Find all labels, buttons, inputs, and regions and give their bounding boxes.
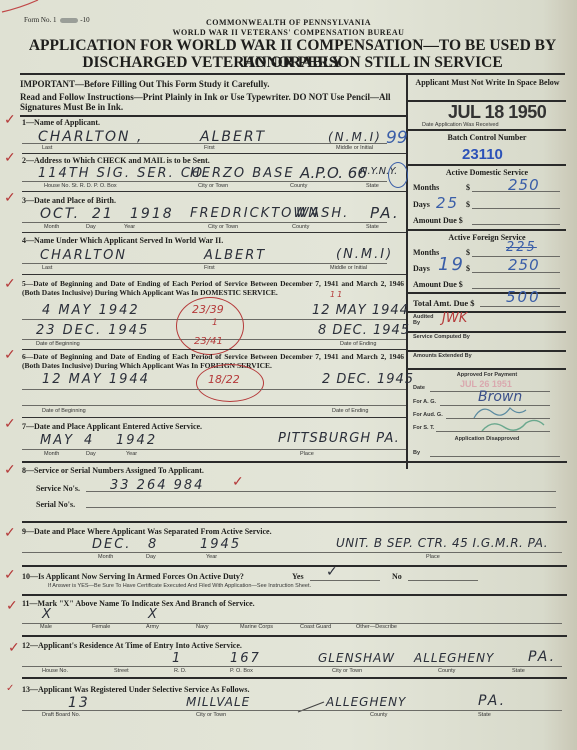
s5-sub-begin: Date of Beginning (36, 341, 80, 347)
s9-place[interactable]: UNIT. B SEP. CTR. 45 I.G.M.R. PA. (336, 536, 548, 550)
s5-end-1-correction: 11 (330, 290, 344, 299)
check-mark-icon: ✓ (6, 598, 18, 615)
foreign-months-label: Months (413, 248, 439, 257)
divider (22, 521, 567, 523)
s3-sub-city: City or Town (208, 224, 238, 230)
for-aud-label: For Aud. G. (413, 412, 443, 418)
s11-option[interactable]: XArmy (146, 607, 159, 630)
divider (408, 292, 566, 294)
s3-county[interactable]: WASH. (296, 206, 349, 221)
check-mark-icon: ✓ (4, 150, 16, 167)
s1-sub-last: Last (42, 145, 52, 151)
s11-option-mark[interactable] (92, 607, 110, 623)
s3-sub-state: State (366, 224, 379, 230)
s11-option-label: Male (40, 624, 53, 630)
form-title-line2: DISCHARGED VETERAN OR PERSON STILL IN SE… (20, 54, 565, 71)
s7-sub-month: Month (44, 451, 59, 457)
s10-no-checkbox[interactable] (408, 580, 478, 581)
s2-street[interactable]: 114TH SIG. SER. CO. (38, 166, 210, 181)
serial-no-label: Serial No's. (36, 500, 75, 509)
for-st-line (436, 431, 550, 432)
dollar-sign: $ (466, 264, 470, 273)
s3-day[interactable]: 21 (92, 206, 114, 222)
red-pencil-mark-icon (0, 0, 50, 16)
check-mark-icon: ✓ (232, 474, 244, 491)
s11-option-label: Navy (196, 624, 209, 630)
divider (408, 311, 566, 313)
s8-label: 8—Service or Serial Numbers Assigned To … (22, 466, 204, 475)
s12-city[interactable]: GLENSHAW (318, 651, 395, 665)
s7-sub-place: Place (300, 451, 314, 457)
s13-county[interactable]: ALLEGHENY (326, 695, 406, 709)
total-amount-value: 500 (506, 288, 541, 306)
s1-underline (22, 143, 387, 144)
approved-date-stamp: JUL 26 1951 (460, 379, 512, 389)
domestic-days-line (472, 208, 560, 209)
s9-label: 9—Date and Place Where Applicant Was Sep… (22, 527, 272, 536)
s13-sub-city: City or Town (196, 712, 226, 718)
s11-option-mark[interactable]: X (146, 607, 159, 623)
disapproved-by-label: By (413, 450, 420, 456)
divider (22, 417, 406, 418)
s9-month[interactable]: DEC. (92, 537, 131, 552)
domestic-months-label: Months (413, 183, 439, 192)
instructions-text: Read and Follow Instructions—Print Plain… (20, 92, 402, 112)
s5-circle-bottom: 23/41 (194, 336, 223, 347)
s5-end-1[interactable]: 12 MAY 1944 (312, 303, 409, 318)
s10-no-label: No (392, 572, 402, 581)
foreign-amount-label: Amount Due $ (413, 280, 463, 289)
divider (408, 331, 566, 333)
commonwealth-header: COMMONWEALTH OF PENNSYLVANIA (0, 18, 577, 27)
divider (408, 229, 566, 231)
s10-note: If Answer is YES—Be Sure To Have Certifi… (48, 583, 311, 589)
divider (408, 368, 566, 370)
s3-year[interactable]: 1918 (130, 206, 174, 222)
s5-sub-end: Date of Ending (340, 341, 376, 347)
divider (408, 350, 566, 352)
s12-state[interactable]: PA. (528, 649, 556, 665)
domestic-days-value: 25 (436, 194, 459, 212)
s12-sub-house: House No. (42, 668, 68, 674)
divider (22, 677, 567, 679)
computed-by-label: Service Computed By (413, 334, 473, 340)
s11-option[interactable]: Coast Guard (300, 607, 331, 630)
s4-last-name[interactable]: CHARLTON (40, 248, 127, 263)
audited-by-label: Audited By (413, 314, 439, 326)
approved-date-label: Date (413, 385, 425, 391)
s6-end-1[interactable]: 2 DEC. 1945 (322, 372, 414, 387)
s7-month[interactable]: MAY (40, 433, 74, 448)
s9-sub-place: Place (426, 554, 440, 560)
domestic-months-amount: 250 (508, 176, 540, 194)
s11-option-label: Coast Guard (300, 624, 331, 630)
s9-sub-day: Day (146, 554, 156, 560)
s13-label: 13—Applicant Was Registered Under Select… (22, 685, 250, 694)
s2-county[interactable]: A.P.O. 66 (300, 164, 367, 182)
divider (22, 274, 406, 275)
check-mark-icon: ✓ (4, 567, 16, 584)
disapproved-heading: Application Disapproved (408, 436, 566, 442)
s13-sub-state: State (478, 712, 491, 718)
domestic-amount-label: Amount Due $ (413, 216, 463, 225)
divider (408, 129, 566, 131)
s1-label: 1—Name of Applicant. (22, 118, 100, 127)
divider (22, 232, 406, 233)
important-note: IMPORTANT—Before Filling Out This Form S… (20, 79, 270, 89)
approved-heading: Approved For Payment (408, 372, 566, 378)
s11-option-mark[interactable] (356, 607, 397, 623)
divider (408, 164, 566, 166)
s11-option-label: Marine Corps (240, 624, 273, 630)
s12-label: 12—Applicant's Residence At Time of Entr… (22, 641, 242, 650)
divider (22, 594, 567, 596)
s4-first-name[interactable]: ALBERT (204, 248, 266, 263)
s11-option-label: Other—Describe (356, 624, 397, 630)
date-received-label: Date Application Was Received (422, 122, 499, 128)
state-circle-mark (388, 162, 408, 188)
s13-state[interactable]: PA. (478, 693, 506, 709)
check-mark-icon: ✓ (6, 683, 14, 694)
s11-label: 11—Mark "X" Above Name To Indicate Sex A… (22, 599, 255, 608)
s13-underline (22, 710, 562, 711)
s7-place[interactable]: PITTSBURGH PA. (278, 431, 400, 446)
total-amount-label: Total Amt. Due $ (413, 298, 475, 308)
date-received-stamp: JUL 18 1950 (448, 102, 546, 123)
s2-sub-street: House No. St. R. D. P. O. Box (44, 183, 117, 189)
s5-circle-mid: 1 (212, 318, 218, 328)
s12-rd[interactable]: 1 (172, 651, 182, 666)
s9-sub-month: Month (98, 554, 113, 560)
divider (22, 349, 406, 350)
s11-option[interactable]: Marine Corps (240, 607, 273, 630)
s7-day[interactable]: 4 (84, 433, 94, 448)
check-mark-icon: ✓ (4, 112, 16, 129)
application-form: Form No. 1 -10 COMMONWEALTH OF PENNSYLVA… (0, 0, 577, 750)
s4-label: 4—Name Under Which Applicant Served In W… (22, 236, 223, 245)
s2-sub-state: State (366, 183, 379, 189)
service-no-underline (86, 491, 556, 492)
s6-begin-1[interactable]: 12 MAY 1944 (42, 372, 150, 387)
s5-begin-1[interactable]: 4 MAY 1942 (42, 303, 140, 318)
domestic-days-label: Days (413, 200, 430, 209)
batch-control-label: Batch Control Number (408, 133, 566, 142)
s11-option[interactable]: Female (92, 607, 110, 630)
s9-year[interactable]: 1945 (200, 537, 241, 552)
disapproved-by-line (430, 456, 560, 457)
service-no-label: Service No's. (36, 484, 80, 493)
divider (22, 635, 567, 637)
divider (20, 73, 565, 75)
s1-margin-note: 99 (386, 128, 408, 148)
s13-sub-county: County (370, 712, 387, 718)
s7-label: 7—Date and Place Applicant Entered Activ… (22, 422, 202, 431)
dollar-sign: $ (466, 183, 470, 192)
s9-day[interactable]: 8 (148, 537, 158, 552)
s12-sub-rd: R. D. (174, 668, 187, 674)
divider (22, 191, 406, 192)
arrow-mark-icon (296, 700, 326, 714)
s4-sub-middle: Middle or Initial (330, 265, 367, 271)
domestic-heading: Active Domestic Service (408, 168, 566, 177)
s3-sub-year: Year (124, 224, 135, 230)
s4-middle-name[interactable]: (N.M.I) (336, 247, 393, 262)
foreign-days-amount: 250 (508, 256, 540, 274)
divider (22, 153, 406, 154)
s11-option-mark[interactable] (300, 607, 331, 623)
s11-option[interactable]: Other—Describe (356, 607, 397, 630)
s5-begin-2[interactable]: 23 DEC. 1945 (36, 323, 149, 338)
s12-sub-pobox: P. O. Box (230, 668, 253, 674)
dollar-sign: $ (466, 248, 470, 257)
s7-year[interactable]: 1942 (116, 433, 157, 448)
check-mark-icon: ✓ (4, 416, 16, 433)
s4-underline (22, 263, 387, 264)
s6-sub-end: Date of Ending (332, 408, 368, 414)
s4-sub-last: Last (42, 265, 52, 271)
batch-control-value: 23110 (462, 146, 503, 163)
bureau-header: WORLD WAR II VETERANS' COMPENSATION BURE… (0, 28, 577, 37)
s13-board[interactable]: 13 (68, 695, 90, 711)
s10-yes-checkbox[interactable]: ✓ (326, 564, 340, 580)
s5-label: 5—Date of Beginning and Date of Ending o… (22, 279, 404, 297)
check-mark-icon: ✓ (4, 462, 16, 479)
s12-sub-street: Street (114, 668, 129, 674)
s9-underline (22, 552, 562, 553)
s11-option[interactable]: Navy (196, 607, 209, 630)
office-use-heading: Applicant Must Not Write In Space Below (410, 78, 565, 87)
s11-option-label: Female (92, 624, 110, 630)
s9-sub-year: Year (206, 554, 217, 560)
for-st-label: For S. T. (413, 425, 434, 431)
s1-sub-middle: Middle or Initial (336, 145, 373, 151)
divider (22, 461, 567, 463)
s6-circle-value: 18/22 (208, 373, 240, 386)
s1-sub-first: First (204, 145, 215, 151)
s11-option-label: Army (146, 624, 159, 630)
s2-city[interactable]: HERZO BASE (190, 166, 295, 181)
s2-underline (22, 181, 387, 182)
s3-underline (22, 222, 387, 223)
s3-state[interactable]: PA. (370, 204, 400, 222)
s1-middle-name[interactable]: (N.M.I) (328, 130, 382, 144)
s3-month[interactable]: OCT. (40, 206, 80, 222)
s10-yes-label: Yes (292, 572, 304, 581)
s3-sub-day: Day (86, 224, 96, 230)
s2-sub-county: County (290, 183, 307, 189)
total-amount-line (480, 306, 560, 307)
check-mark-icon: ✓ (4, 525, 16, 542)
s11-option-mark[interactable] (196, 607, 209, 623)
s5-end-2[interactable]: 8 DEC. 1945 (318, 323, 410, 338)
s3-sub-county: County (292, 224, 309, 230)
s12-sub-county: County (438, 668, 455, 674)
s13-sub-board: Draft Board No. (42, 712, 80, 718)
audited-by-initials: JWK (442, 311, 467, 326)
for-ag-label: For A. G. (413, 399, 436, 405)
s3-sub-month: Month (44, 224, 59, 230)
s12-sub-state: State (512, 668, 525, 674)
s13-city[interactable]: MILLVALE (186, 695, 250, 709)
foreign-days-label: Days (413, 264, 430, 273)
s5-circle-top: 23/39 (192, 303, 224, 316)
s11-option[interactable]: XMale (40, 607, 53, 630)
check-mark-icon: ✓ (4, 347, 16, 364)
divider (22, 565, 567, 567)
s3-label: 3—Date and Place of Birth. (22, 196, 116, 205)
s12-county[interactable]: ALLEGHENY (414, 651, 494, 665)
serial-no-underline (86, 507, 556, 508)
s7-underline (22, 449, 406, 450)
extended-by-label: Amounts Extended By (413, 353, 473, 359)
s2-sub-city: City or Town (198, 183, 228, 189)
s10-yes-line (310, 580, 380, 581)
s10-label: 10—Is Applicant Now Serving In Armed For… (22, 572, 244, 581)
s7-sub-day: Day (86, 451, 96, 457)
foreign-days-value: 19 (438, 254, 465, 275)
check-mark-icon: ✓ (4, 276, 16, 293)
foreign-months-amount: 225 (506, 240, 537, 255)
s12-underline (22, 666, 562, 667)
s6-sub-begin: Date of Beginning (42, 408, 86, 414)
s2-label: 2—Address to Which CHECK and MAIL is to … (22, 156, 210, 165)
s6-row1-underline (22, 389, 406, 390)
s12-sub-city: City or Town (332, 668, 362, 674)
divider (20, 115, 406, 117)
s4-sub-first: First (204, 265, 215, 271)
s7-sub-year: Year (126, 451, 137, 457)
check-mark-icon: ✓ (4, 190, 16, 207)
s11-option-mark[interactable]: X (40, 607, 53, 623)
dollar-sign: $ (466, 200, 470, 209)
s12-po-box[interactable]: 167 (230, 651, 261, 666)
s6-row2-underline (22, 405, 406, 406)
check-mark-icon: ✓ (8, 640, 20, 657)
foreign-heading: Active Foreign Service (408, 233, 566, 242)
domestic-amount-line (472, 224, 560, 225)
s11-option-mark[interactable] (240, 607, 273, 623)
